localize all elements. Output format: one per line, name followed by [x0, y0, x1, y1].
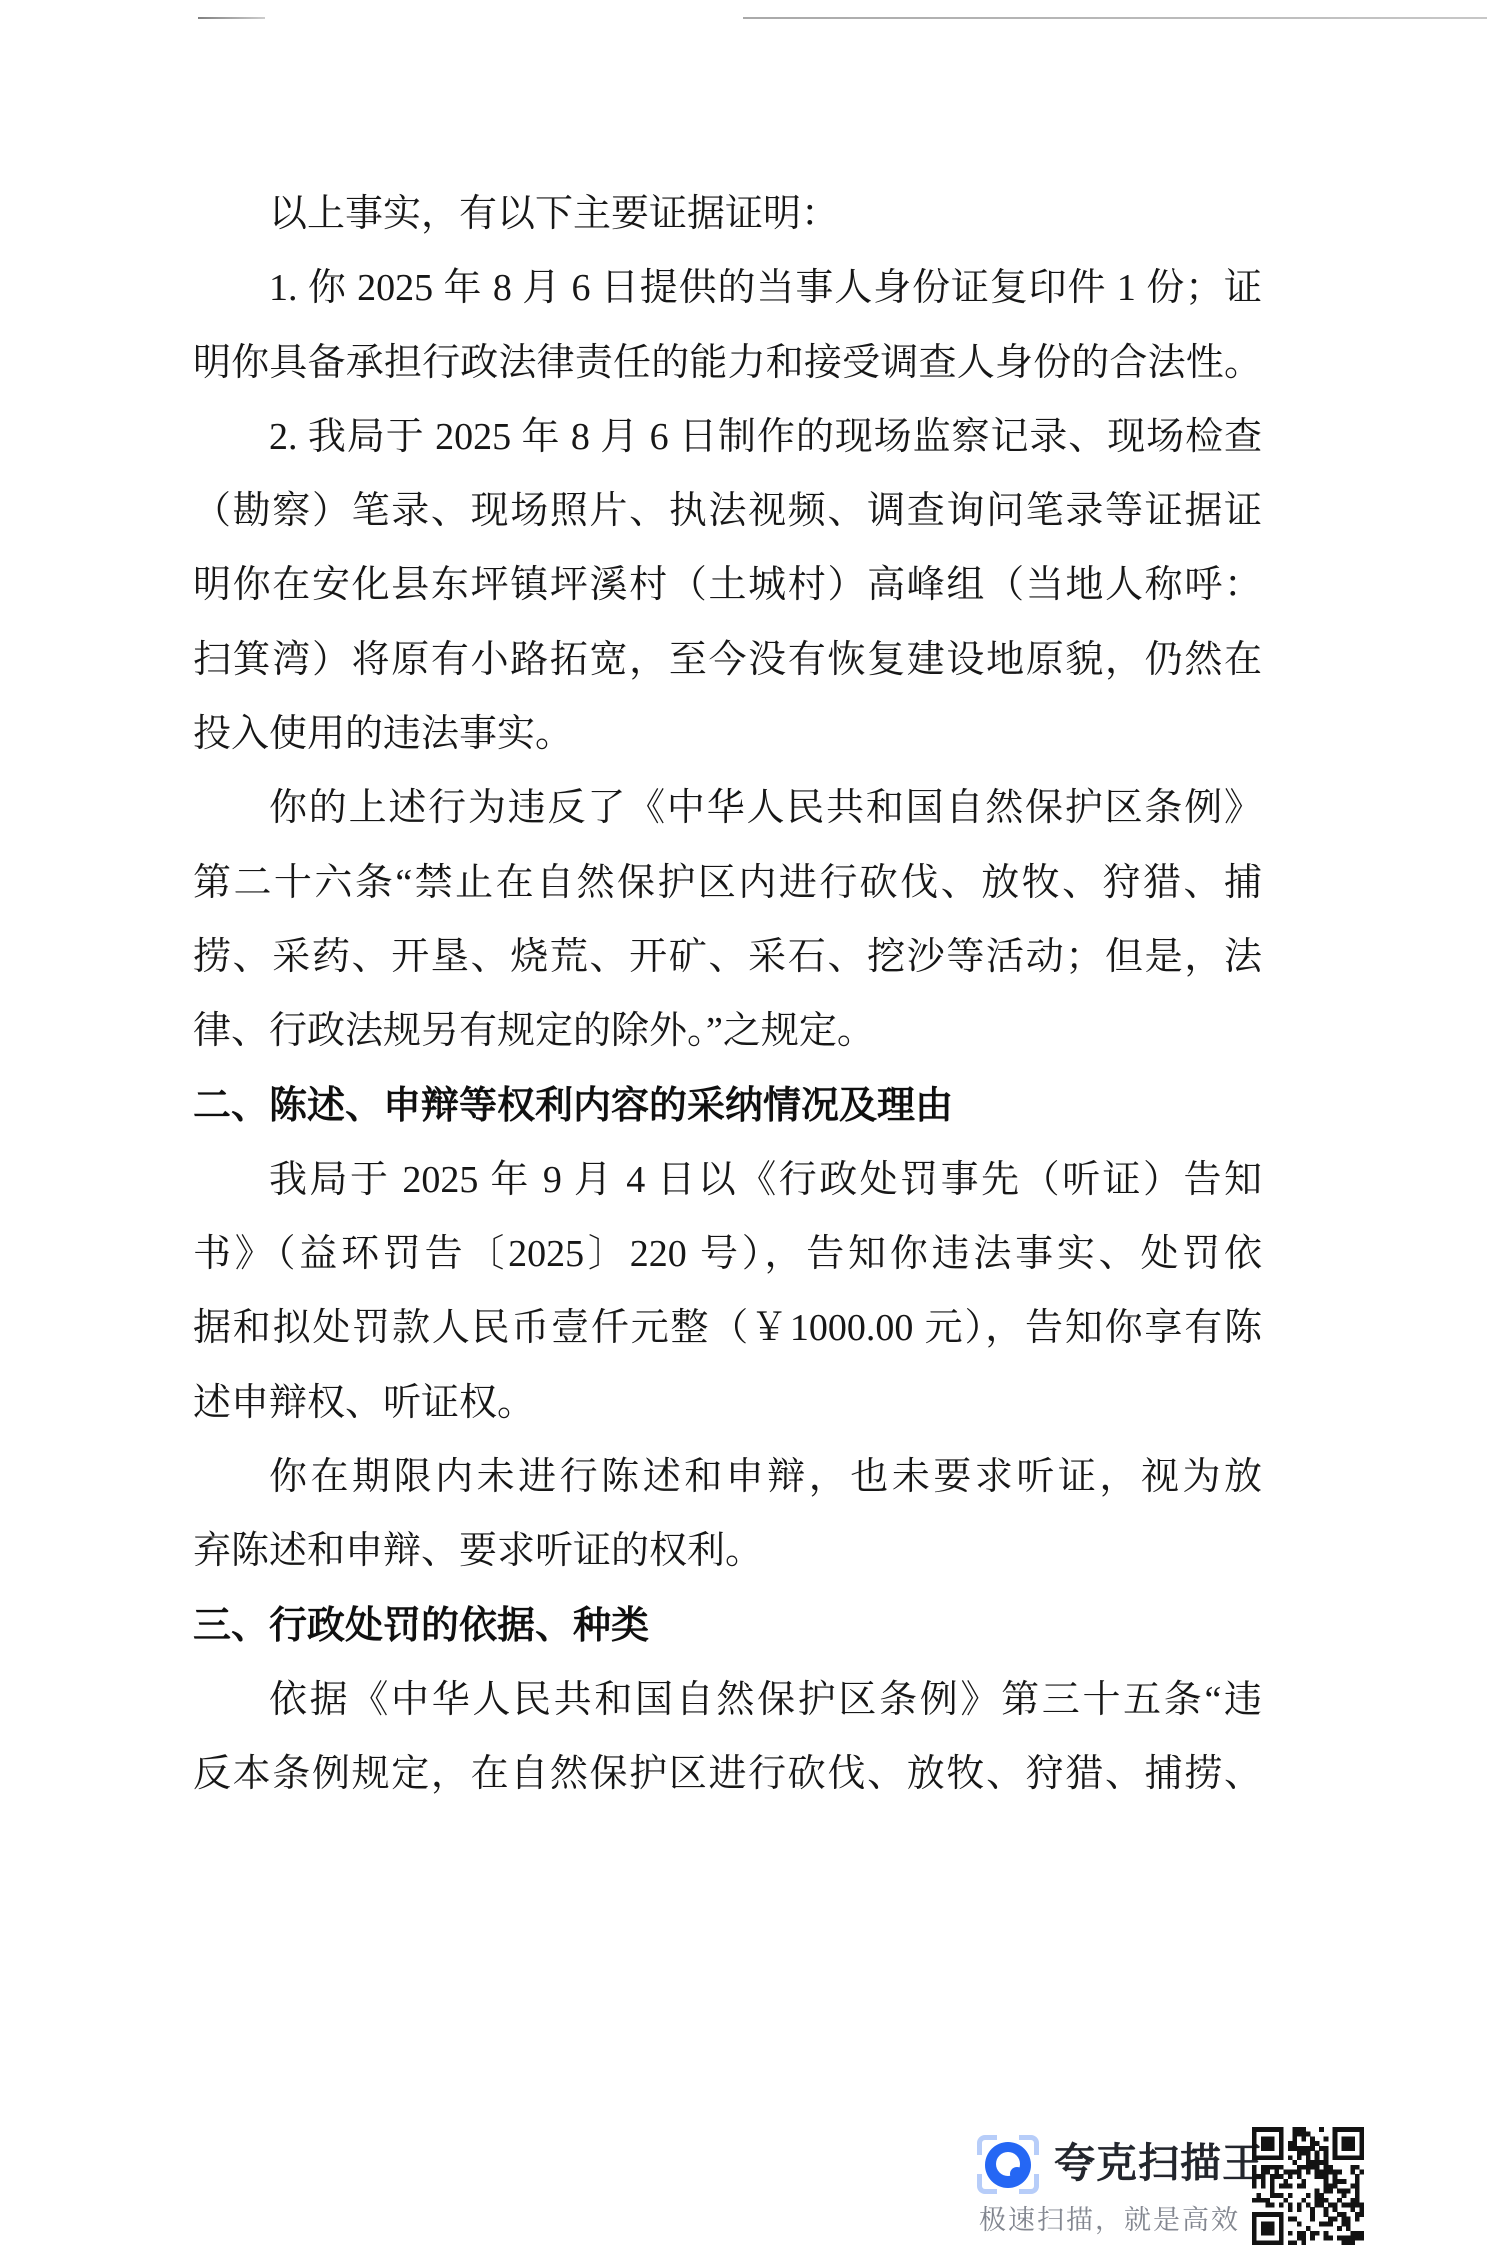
text-line: 你的上述行为违反了《中华人民共和国自然保护区条例》	[193, 771, 1262, 845]
text-line: 2. 我局于 2025 年 8 月 6 日制作的现场监察记录、现场检查	[193, 400, 1262, 474]
text-line: 依据《中华人民共和国自然保护区条例》第三十五条“违	[193, 1663, 1262, 1737]
text-line: （勘察）笔录、现场照片、执法视频、调查询问笔录等证据证	[193, 474, 1262, 548]
text-line: 弃陈述和申辩、要求听证的权利。	[193, 1514, 1262, 1588]
text-line: 反本条例规定，在自然保护区进行砍伐、放牧、狩猎、捕捞、	[193, 1737, 1262, 1811]
text-line: 第二十六条“禁止在自然保护区内进行砍伐、放牧、狩猎、捕	[193, 846, 1262, 920]
qr-code	[1252, 2127, 1364, 2245]
quark-bubble-icon	[985, 2142, 1031, 2188]
text-line: 投入使用的违法事实。	[193, 697, 1262, 771]
scan-artifact-line	[198, 17, 265, 19]
section-heading-line: 三、行政处罚的依据、种类	[193, 1589, 1262, 1663]
text-line: 据和拟处罚款人民币壹仟元整（￥1000.00 元），告知你享有陈	[193, 1291, 1262, 1365]
document-text-body: 以上事实，有以下主要证据证明：1. 你 2025 年 8 月 6 日提供的当事人…	[193, 177, 1262, 1812]
section-heading-line: 二、陈述、申辩等权利内容的采纳情况及理由	[193, 1069, 1262, 1143]
text-line: 你在期限内未进行陈述和申辩，也未要求听证，视为放	[193, 1440, 1262, 1514]
text-line: 我局于 2025 年 9 月 4 日以《行政处罚事先（听证）告知	[193, 1143, 1262, 1217]
text-line: 扫箕湾）将原有小路拓宽，至今没有恢复建设地原貌，仍然在	[193, 623, 1262, 697]
text-line: 明你在安化县东坪镇坪溪村（土城村）高峰组（当地人称呼：	[193, 548, 1262, 622]
brand-name: 夸克扫描王	[1054, 2140, 1254, 2186]
quark-scanner-logo-icon	[977, 2133, 1039, 2195]
text-line: 律、行政法规另有规定的除外。”之规定。	[193, 994, 1262, 1068]
text-line: 明你具备承担行政法律责任的能力和接受调查人身份的合法性。	[193, 326, 1262, 400]
scanned-document-page: 以上事实，有以下主要证据证明：1. 你 2025 年 8 月 6 日提供的当事人…	[0, 0, 1487, 2267]
text-line: 以上事实，有以下主要证据证明：	[193, 177, 1262, 251]
scan-artifact-line	[743, 17, 1487, 19]
text-line: 述申辩权、听证权。	[193, 1366, 1262, 1440]
text-line: 捞、采药、开垦、烧荒、开矿、采石、挖沙等活动；但是，法	[193, 920, 1262, 994]
text-line: 书》（益环罚告〔2025〕220 号），告知你违法事实、处罚依	[193, 1217, 1262, 1291]
text-line: 1. 你 2025 年 8 月 6 日提供的当事人身份证复印件 1 份；证	[193, 251, 1262, 325]
brand-tagline: 极速扫描，就是高效	[979, 2204, 1259, 2236]
